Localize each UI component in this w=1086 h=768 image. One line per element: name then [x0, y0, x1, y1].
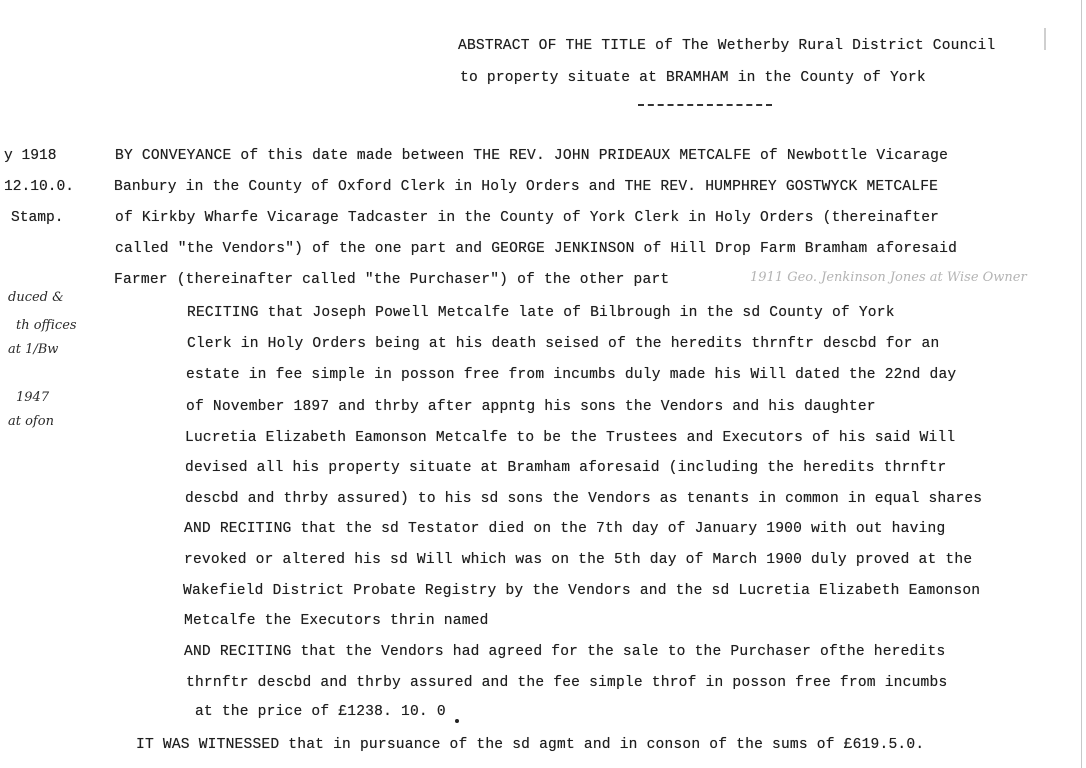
handwritten-margin-note-1b: th offices — [16, 318, 77, 333]
agreement-line: thrnftr descbd and thrby assured and the… — [186, 674, 947, 692]
margin-date: y 1918 — [4, 147, 57, 165]
reciting-line: Metcalfe the Executors thrin named — [184, 612, 489, 630]
reciting-line: Wakefield District Probate Registry by t… — [183, 582, 980, 600]
reciting-line: RECITING that Joseph Powell Metcalfe lat… — [187, 304, 895, 322]
handwritten-margin-note-1c: at 1/Bw — [8, 342, 58, 357]
witnessed-line: IT WAS WITNESSED that in pursuance of th… — [136, 736, 924, 754]
conveyance-line: Banbury in the County of Oxford Clerk in… — [114, 178, 938, 196]
title-separator — [638, 104, 772, 106]
reciting-line: Lucretia Elizabeth Eamonson Metcalfe to … — [185, 429, 955, 447]
handwritten-margin-note-2a: 1947 — [16, 390, 49, 405]
handwritten-margin-note-1a: duced & — [8, 290, 64, 305]
agreement-line: at the price of £1238. 10. 0 — [186, 703, 446, 721]
agreement-line: AND RECITING that the Vendors had agreed… — [184, 643, 945, 661]
reciting-line: of November 1897 and thrby after appntg … — [186, 398, 876, 416]
reciting-line: descbd and thrby assured) to his sd sons… — [185, 490, 982, 508]
handwritten-annotation: 1911 Geo. Jenkinson Jones at Wise Owner — [750, 270, 1027, 285]
margin-stamp: Stamp. — [11, 209, 64, 227]
page-edge-line — [1081, 0, 1082, 768]
conveyance-line: BY CONVEYANCE of this date made between … — [115, 147, 948, 165]
scan-mark — [1044, 28, 1046, 50]
reciting-line: devised all his property situate at Bram… — [185, 459, 946, 477]
handwritten-margin-note-2b: at ofon — [8, 414, 54, 429]
ink-dot — [455, 719, 459, 723]
conveyance-line: of Kirkby Wharfe Vicarage Tadcaster in t… — [115, 209, 939, 227]
reciting-line: estate in fee simple in posson free from… — [186, 366, 956, 384]
reciting-line: Clerk in Holy Orders being at his death … — [187, 335, 939, 353]
title-line-1: ABSTRACT OF THE TITLE of The Wetherby Ru… — [458, 37, 995, 55]
margin-consideration: 12.10.0. — [4, 178, 74, 196]
conveyance-line: Farmer (thereinafter called "the Purchas… — [114, 271, 669, 289]
reciting-line: revoked or altered his sd Will which was… — [184, 551, 972, 569]
reciting-line: AND RECITING that the sd Testator died o… — [184, 520, 945, 538]
title-line-2: to property situate at BRAMHAM in the Co… — [460, 69, 926, 87]
conveyance-line: called "the Vendors") of the one part an… — [115, 240, 957, 258]
